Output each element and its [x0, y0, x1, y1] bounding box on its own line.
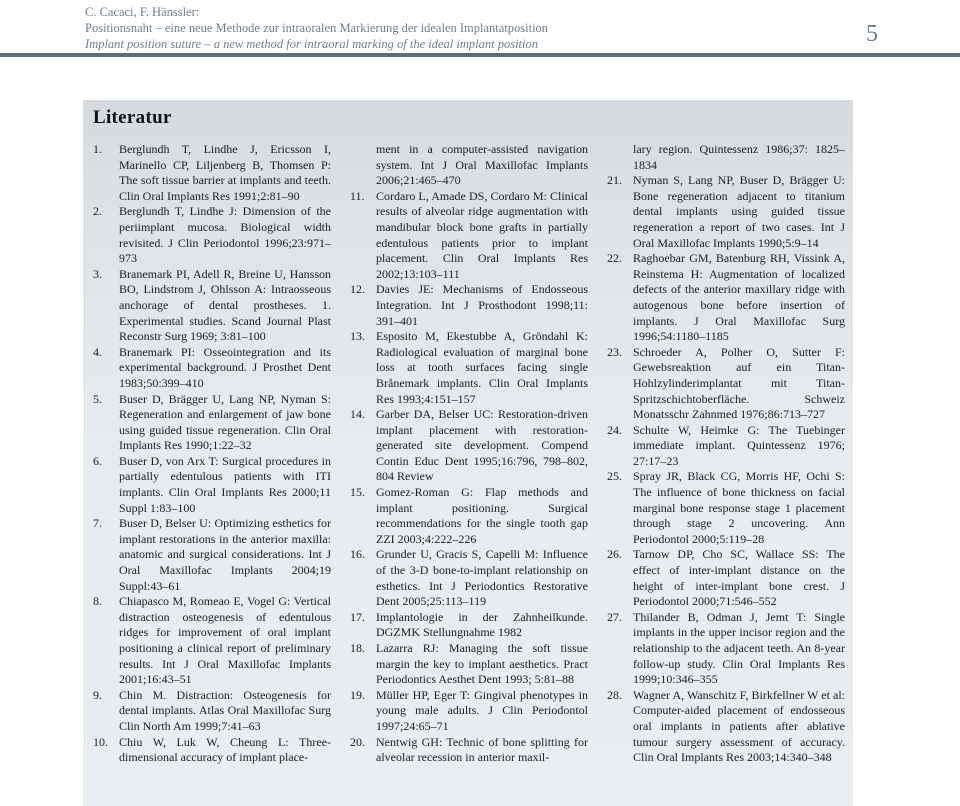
reference-item: 21.Nyman S, Lang NP, Buser D, Brägger U:…	[607, 173, 845, 251]
reference-text: Berglundh T, Lindhe J, Ericsson I, Marin…	[119, 142, 331, 203]
header-title-en: Implant position suture – a new method f…	[85, 37, 548, 53]
reference-item: 7.Buser D, Belser U: Optimizing esthetic…	[93, 516, 331, 594]
reference-item: 18.Lazarra RJ: Managing the soft tissue …	[350, 641, 588, 688]
reference-item: 25.Spray JR, Black CG, Morris HF, Ochi S…	[607, 469, 845, 547]
reference-number: 23.	[607, 345, 629, 361]
reference-text: Cordaro L, Amade DS, Cordaro M: Clinical…	[376, 189, 588, 281]
reference-text: Lazarra RJ: Managing the soft tissue mar…	[376, 641, 588, 686]
reference-item: 4.Branemark PI: Osseointegration and its…	[93, 345, 331, 392]
reference-item: 8.Chiapasco M, Romeao E, Vogel G: Vertic…	[93, 594, 331, 688]
reference-item: 9.Chin M. Distraction: Osteogenesis for …	[93, 688, 331, 735]
reference-number: 14.	[350, 407, 372, 423]
reference-item: 24.Schulte W, Heimke G: The Tuebinger im…	[607, 423, 845, 470]
reference-number: 10.	[93, 735, 115, 751]
reference-item: 22.Raghoebar GM, Batenburg RH, Vissink A…	[607, 251, 845, 345]
reference-item: 26.Tarnow DP, Cho SC, Wallace SS: The ef…	[607, 547, 845, 609]
reference-item: 28.Wagner A, Wanschitz F, Birkfellner W …	[607, 688, 845, 766]
reference-number: 5.	[93, 392, 115, 408]
reference-item: 6.Buser D, von Arx T: Surgical procedure…	[93, 454, 331, 516]
reference-text: Davies JE: Mechanisms of Endosseous Inte…	[376, 282, 588, 327]
reference-text: Implantologie in der Zahnheilkunde. DGZM…	[376, 610, 588, 640]
reference-text: Nyman S, Lang NP, Buser D, Brägger U: Bo…	[633, 173, 845, 249]
reference-item: 20.Nentwig GH: Technic of bone splitting…	[350, 735, 588, 766]
reference-number: 28.	[607, 688, 629, 704]
reference-number: 19.	[350, 688, 372, 704]
reference-text: Thilander B, Odman J, Jemt T: Single imp…	[633, 610, 845, 686]
header-divider	[0, 53, 960, 57]
reference-number: 6.	[93, 454, 115, 470]
reference-number: 20.	[350, 735, 372, 751]
reference-text: Buser D, Brägger U, Lang NP, Nyman S: Re…	[119, 392, 331, 453]
reference-text: Buser D, Belser U: Optimizing esthetics …	[119, 516, 331, 592]
reference-item: 15.Gomez-Roman G: Flap methods and impla…	[350, 485, 588, 547]
reference-number: 17.	[350, 610, 372, 626]
reference-item: 1.Berglundh T, Lindhe J, Ericsson I, Mar…	[93, 142, 331, 204]
literature-heading: Literatur	[93, 107, 172, 129]
reference-item: 12.Davies JE: Mechanisms of Endosseous I…	[350, 282, 588, 329]
reference-text: lary region. Quintessenz 1986;37: 1825–1…	[633, 142, 845, 172]
paper-page: { "header": { "authors": "C. Cacaci, F. …	[0, 0, 960, 806]
reference-number: 4.	[93, 345, 115, 361]
reference-text: Buser D, von Arx T: Surgical procedures …	[119, 454, 331, 515]
reference-item: 5.Buser D, Brägger U, Lang NP, Nyman S: …	[93, 392, 331, 454]
reference-item: 2.Berglundh T, Lindhe J: Dimension of th…	[93, 204, 331, 266]
reference-number: 1.	[93, 142, 115, 158]
reference-text: Branemark PI, Adell R, Breine U, Hansson…	[119, 267, 331, 343]
reference-number: 16.	[350, 547, 372, 563]
reference-text: Chiu W, Luk W, Cheung L: Three-dimension…	[119, 735, 331, 765]
reference-item: 23.Schroeder A, Polher O, Sutter F: Gewe…	[607, 345, 845, 423]
header-title-de: Positionsnaht – eine neue Methode zur in…	[85, 21, 548, 37]
reference-text: Nentwig GH: Technic of bone splitting fo…	[376, 735, 588, 765]
reference-number: 8.	[93, 594, 115, 610]
reference-columns: 1.Berglundh T, Lindhe J, Ericsson I, Mar…	[93, 142, 845, 806]
reference-number: 26.	[607, 547, 629, 563]
reference-text: Wagner A, Wanschitz F, Birkfellner W et …	[633, 688, 845, 764]
reference-item: 11.Cordaro L, Amade DS, Cordaro M: Clini…	[350, 189, 588, 283]
reference-item: 27.Thilander B, Odman J, Jemt T: Single …	[607, 610, 845, 688]
reference-text: Schroeder A, Polher O, Sutter F: Gewebsr…	[633, 345, 845, 421]
reference-item: 17.Implantologie in der Zahnheilkunde. D…	[350, 610, 588, 641]
reference-number: 27.	[607, 610, 629, 626]
reference-number: 24.	[607, 423, 629, 439]
page-header: C. Cacaci, F. Hänssler: Positionsnaht – …	[85, 5, 548, 52]
reference-item: 13.Esposito M, Ekestubbe A, Gröndahl K: …	[350, 329, 588, 407]
reference-text: Branemark PI: Osseointegration and its e…	[119, 345, 331, 390]
reference-column-3: lary region. Quintessenz 1986;37: 1825–1…	[607, 142, 845, 806]
reference-column-1: 1.Berglundh T, Lindhe J, Ericsson I, Mar…	[93, 142, 331, 806]
reference-number: 15.	[350, 485, 372, 501]
page-number: 5	[866, 20, 878, 48]
reference-text: Chiapasco M, Romeao E, Vogel G: Vertical…	[119, 594, 331, 686]
reference-item: 3.Branemark PI, Adell R, Breine U, Hanss…	[93, 267, 331, 345]
reference-text: Grunder U, Gracis S, Capelli M: Influenc…	[376, 547, 588, 608]
reference-text: Müller HP, Eger T: Gingival phenotypes i…	[376, 688, 588, 733]
reference-text: Berglundh T, Lindhe J: Dimension of the …	[119, 204, 331, 265]
reference-item: ment in a computer-assisted navigation s…	[350, 142, 588, 189]
reference-number: 21.	[607, 173, 629, 189]
reference-column-2: ment in a computer-assisted navigation s…	[350, 142, 588, 806]
reference-text: Chin M. Distraction: Osteogenesis for de…	[119, 688, 331, 733]
reference-text: Schulte W, Heimke G: The Tuebinger immed…	[633, 423, 845, 468]
reference-text: Garber DA, Belser UC: Restoration-driven…	[376, 407, 588, 483]
reference-number: 12.	[350, 282, 372, 298]
reference-number: 9.	[93, 688, 115, 704]
reference-number: 2.	[93, 204, 115, 220]
reference-number: 25.	[607, 469, 629, 485]
reference-text: Tarnow DP, Cho SC, Wallace SS: The effec…	[633, 547, 845, 608]
reference-item: 14.Garber DA, Belser UC: Restoration-dri…	[350, 407, 588, 485]
reference-number: 22.	[607, 251, 629, 267]
reference-item: lary region. Quintessenz 1986;37: 1825–1…	[607, 142, 845, 173]
reference-text: Raghoebar GM, Batenburg RH, Vissink A, R…	[633, 251, 845, 343]
reference-number: 18.	[350, 641, 372, 657]
literature-panel: Literatur 1.Berglundh T, Lindhe J, Erics…	[83, 100, 853, 806]
reference-item: 19.Müller HP, Eger T: Gingival phenotype…	[350, 688, 588, 735]
reference-text: ment in a computer-assisted navigation s…	[376, 142, 588, 187]
reference-number: 11.	[350, 189, 372, 205]
reference-text: Spray JR, Black CG, Morris HF, Ochi S: T…	[633, 469, 845, 545]
reference-number: 7.	[93, 516, 115, 532]
reference-item: 16.Grunder U, Gracis S, Capelli M: Influ…	[350, 547, 588, 609]
reference-text: Gomez-Roman G: Flap methods and implant …	[376, 485, 588, 546]
reference-number: 3.	[93, 267, 115, 283]
reference-text: Esposito M, Ekestubbe A, Gröndahl K: Rad…	[376, 329, 588, 405]
header-authors: C. Cacaci, F. Hänssler:	[85, 5, 548, 21]
reference-item: 10.Chiu W, Luk W, Cheung L: Three-dimens…	[93, 735, 331, 766]
reference-number: 13.	[350, 329, 372, 345]
